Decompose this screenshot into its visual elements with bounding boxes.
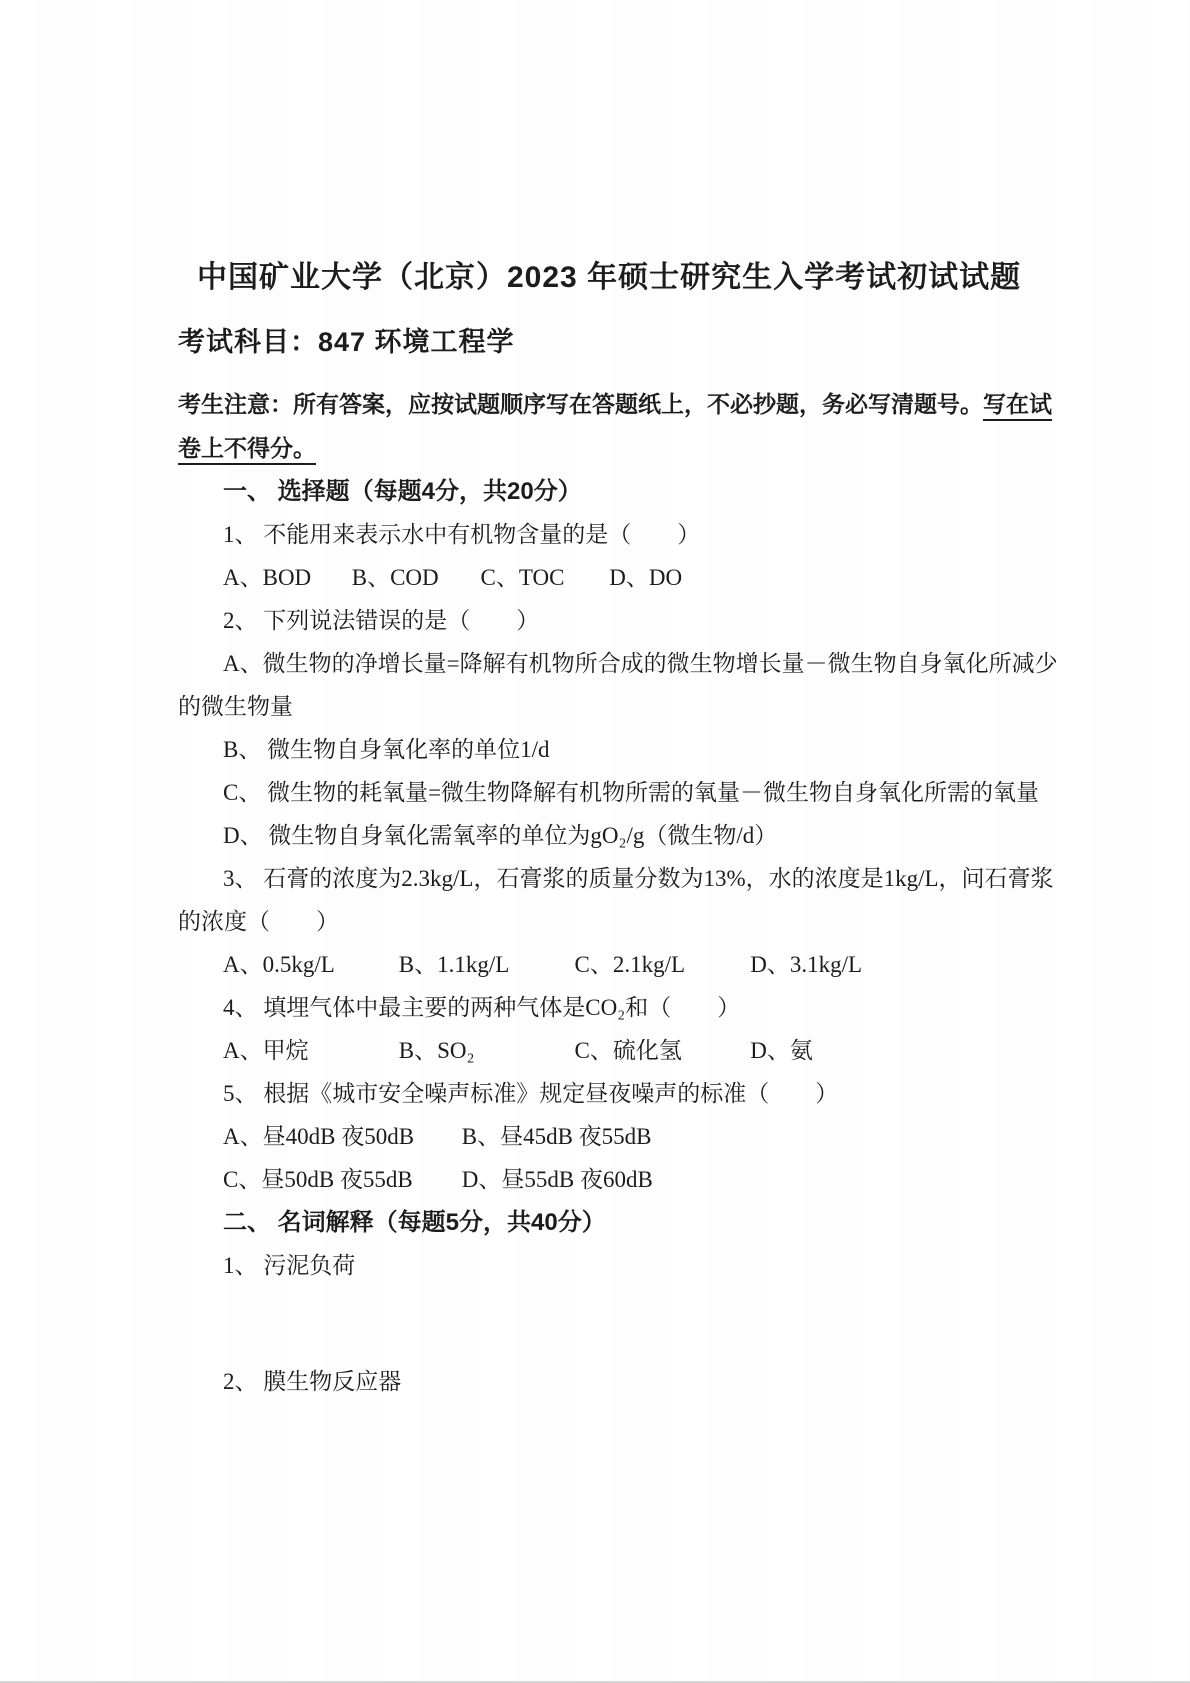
section-1-heading: 一、 选择题（每题4分，共20分）	[178, 470, 980, 513]
exam-paper-page: 中国矿业大学（北京）2023 年硕士研究生入学考试初试试题 考试科目：847 环…	[0, 0, 1190, 1683]
term-1: 1、 污泥负荷	[178, 1244, 980, 1287]
q2-option-b: B、 微生物自身氧化率的单位1/d	[178, 728, 980, 771]
question-4-text: 4、 填埋气体中最主要的两种气体是CO₂和（ ）	[178, 986, 980, 1029]
q3-option-c: C、2.1kg/L	[575, 943, 745, 986]
q2-option-d: D、 微生物自身氧化需氧率的单位为gO₂/g（微生物/d）	[178, 814, 980, 857]
q3-option-d: D、3.1kg/L	[750, 943, 862, 986]
question-3-options: A、0.5kg/L B、1.1kg/L C、2.1kg/L D、3.1kg/L	[178, 943, 980, 986]
question-2-text: 2、 下列说法错误的是（ ）	[178, 599, 980, 642]
q2-option-a-line-1: A、微生物的净增长量=降解有机物所合成的微生物增长量－微生物自身氧化所减少	[178, 642, 980, 685]
q4-option-c: C、硫化氢	[575, 1029, 745, 1072]
notice-underlined-end: 卷上不得分。	[178, 435, 316, 461]
q3-option-a: A、0.5kg/L	[223, 943, 393, 986]
question-5-options-row-2: C、昼50dB 夜55dB D、昼55dB 夜60dB	[178, 1158, 980, 1201]
notice-line-1: 考生注意：所有答案，应按试题顺序写在答题纸上，不必抄题，务必写清题号。写在试	[178, 382, 980, 426]
section-2-heading: 二、 名词解释（每题5分，共40分）	[178, 1201, 980, 1244]
question-4-options: A、甲烷 B、SO₂ C、硫化氢 D、氨	[178, 1029, 980, 1072]
q5-option-b: B、昼45dB 夜55dB	[462, 1115, 652, 1158]
q5-option-c: C、昼50dB 夜55dB	[223, 1158, 456, 1201]
subject-line: 考试科目：847 环境工程学	[178, 324, 980, 360]
q1-option-d: D、DO	[609, 556, 682, 599]
q4-option-b: B、SO₂	[399, 1029, 569, 1072]
q4-option-d: D、氨	[750, 1029, 813, 1072]
q5-option-d: D、昼55dB 夜60dB	[462, 1158, 653, 1201]
q2-option-c: C、 微生物的耗氧量=微生物降解有机物所需的氧量－微生物自身氧化所需的氧量	[178, 771, 980, 814]
q2-option-a-line-2: 的微生物量	[178, 685, 980, 728]
notice-line-2: 卷上不得分。	[178, 426, 980, 470]
q5-option-a: A、昼40dB 夜50dB	[223, 1115, 456, 1158]
question-1-text: 1、 不能用来表示水中有机物含量的是（ ）	[178, 513, 980, 556]
term-2: 2、 膜生物反应器	[178, 1360, 980, 1403]
question-3-text-line-2: 的浓度（ ）	[178, 900, 980, 943]
question-5-text: 5、 根据《城市安全噪声标准》规定昼夜噪声的标准（ ）	[178, 1072, 980, 1115]
question-5-options-row-1: A、昼40dB 夜50dB B、昼45dB 夜55dB	[178, 1115, 980, 1158]
q1-option-b: B、COD	[352, 556, 475, 599]
q1-option-c: C、TOC	[481, 556, 604, 599]
q4-option-a: A、甲烷	[223, 1029, 393, 1072]
notice-underlined-start: 写在试	[983, 391, 1052, 417]
question-3-text-line-1: 3、 石膏的浓度为2.3kg/L，石膏浆的质量分数为13%，水的浓度是1kg/L…	[178, 857, 980, 900]
notice-main-text: 考生注意：所有答案，应按试题顺序写在答题纸上，不必抄题，务必写清题号。	[178, 391, 983, 417]
question-1-options: A、BOD B、COD C、TOC D、DO	[178, 556, 980, 599]
exam-title: 中国矿业大学（北京）2023 年硕士研究生入学考试初试试题	[197, 258, 980, 298]
q1-option-a: A、BOD	[223, 556, 346, 599]
q3-option-b: B、1.1kg/L	[399, 943, 569, 986]
